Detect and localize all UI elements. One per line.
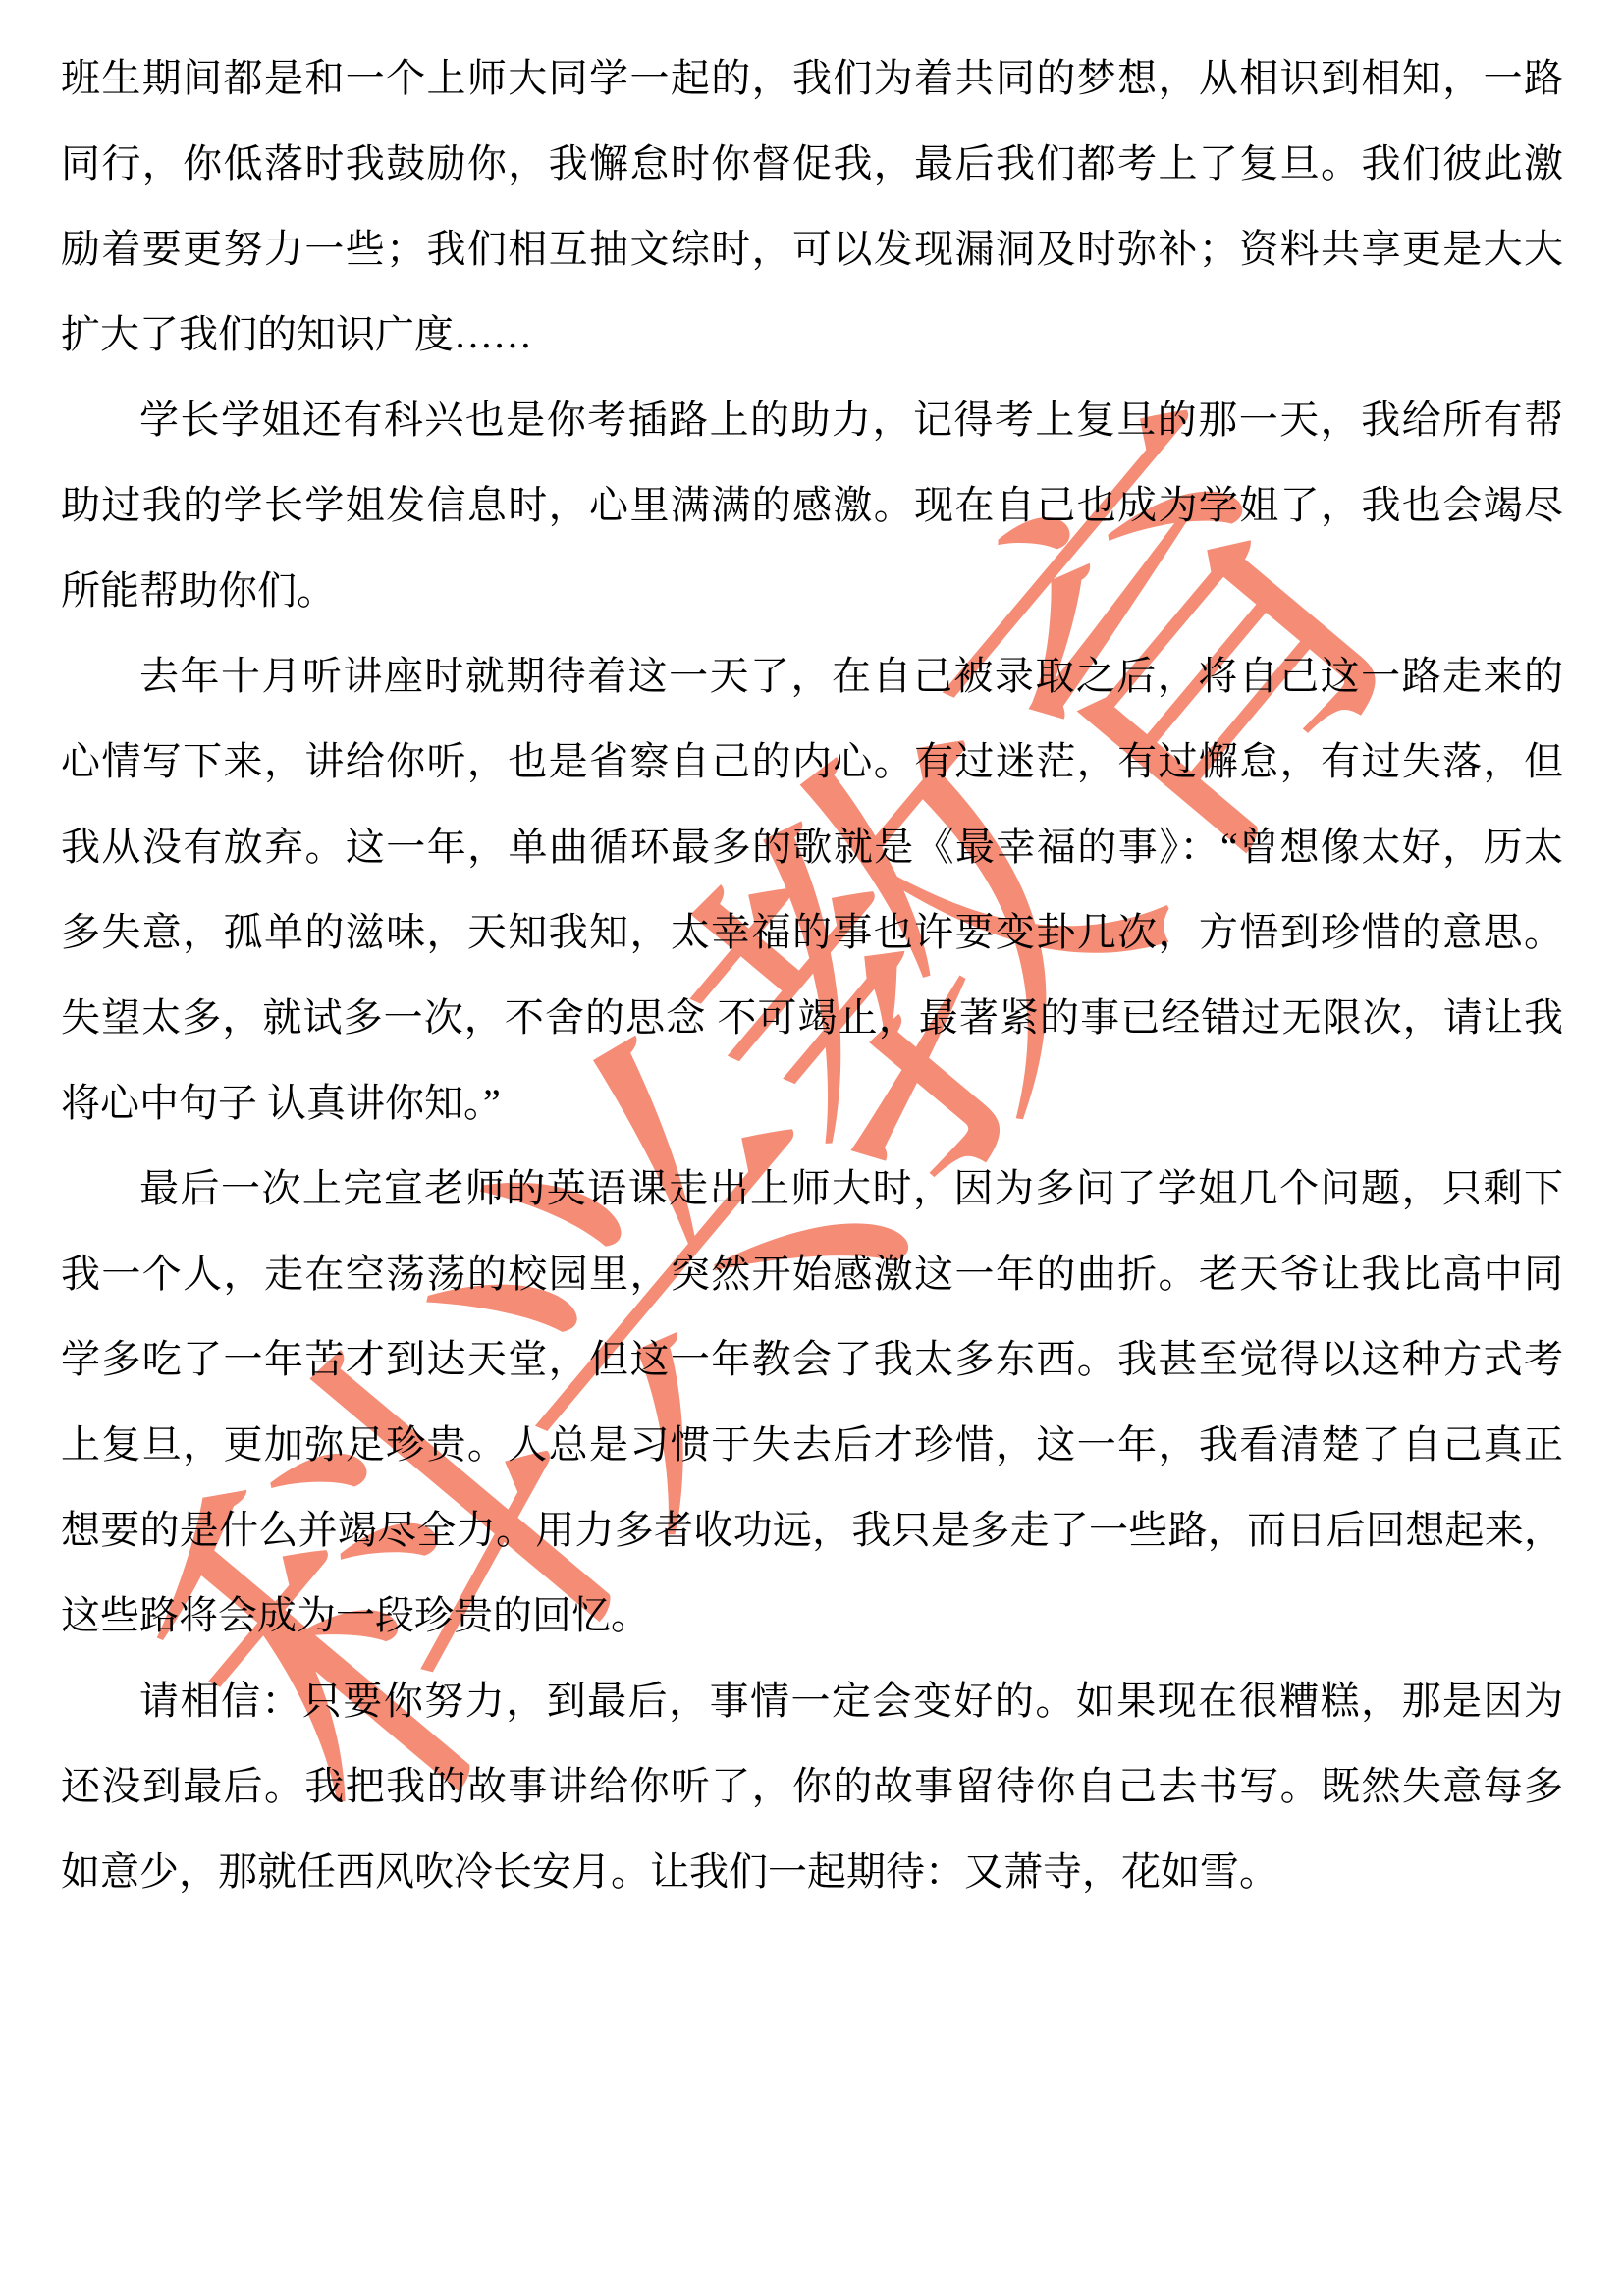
document-body: 班生期间都是和一个上师大同学一起的，我们为着共同的梦想，从相识到相知，一路同行，… <box>61 35 1563 1914</box>
text-line: 最后一次上完宣老师的英语课走出上师大时，因为多问了学姐几个问题，只剩下 <box>61 1146 1563 1231</box>
text-line: 扩大了我们的知识广度…… <box>61 292 1563 377</box>
text-line: 失望太多，就试多一次，不舍的思念 不可竭止，最著紧的事已经错过无限次，请让我 <box>61 975 1563 1060</box>
text-line: 多失意，孤单的滋味，天知我知，太幸福的事也许要变卦几次，方悟到珍惜的意思。 <box>61 889 1563 975</box>
text-line: 还没到最后。我把我的故事讲给你听了，你的故事留待你自己去书写。既然失意每多 <box>61 1743 1563 1829</box>
text-line: 想要的是什么并竭尽全力。用力多者收功远，我只是多走了一些路，而日后回想起来， <box>61 1487 1563 1573</box>
text-line: 学长学姐还有科兴也是你考插路上的助力，记得考上复旦的那一天，我给所有帮 <box>61 377 1563 462</box>
text-line: 如意少，那就任西风吹冷长安月。让我们一起期待：又萧寺，花如雪。 <box>61 1829 1563 1914</box>
text-line: 这些路将会成为一段珍贵的回忆。 <box>61 1573 1563 1658</box>
text-line: 学多吃了一年苦才到达天堂，但这一年教会了我太多东西。我甚至觉得以这种方式考 <box>61 1316 1563 1402</box>
text-line: 班生期间都是和一个上师大同学一起的，我们为着共同的梦想，从相识到相知，一路 <box>61 35 1563 121</box>
text-line: 同行，你低落时我鼓励你，我懈怠时你督促我，最后我们都考上了复旦。我们彼此激 <box>61 121 1563 206</box>
text-line: 我一个人，走在空荡荡的校园里，突然开始感激这一年的曲折。老天爷让我比高中同 <box>61 1231 1563 1316</box>
text-line: 励着要更努力一些；我们相互抽文综时，可以发现漏洞及时弥补；资料共享更是大大 <box>61 206 1563 292</box>
text-line: 所能帮助你们。 <box>61 548 1563 633</box>
text-line: 我从没有放弃。这一年，单曲循环最多的歌就是《最幸福的事》：“曾想像太好，历太 <box>61 804 1563 889</box>
text-line: 将心中句子 认真讲你知。” <box>61 1060 1563 1146</box>
text-line: 心情写下来，讲给你听，也是省察自己的内心。有过迷茫，有过懈怠，有过失落，但 <box>61 719 1563 804</box>
document-page: 科兴教育 班生期间都是和一个上师大同学一起的，我们为着共同的梦想，从相识到相知，… <box>0 0 1624 2296</box>
text-line: 上复旦，更加弥足珍贵。人总是习惯于失去后才珍惜，这一年，我看清楚了自己真正 <box>61 1402 1563 1487</box>
text-line: 去年十月听讲座时就期待着这一天了，在自己被录取之后，将自己这一路走来的 <box>61 633 1563 719</box>
text-line: 助过我的学长学姐发信息时，心里满满的感激。现在自己也成为学姐了，我也会竭尽 <box>61 462 1563 548</box>
text-line: 请相信：只要你努力，到最后，事情一定会变好的。如果现在很糟糕，那是因为 <box>61 1658 1563 1743</box>
